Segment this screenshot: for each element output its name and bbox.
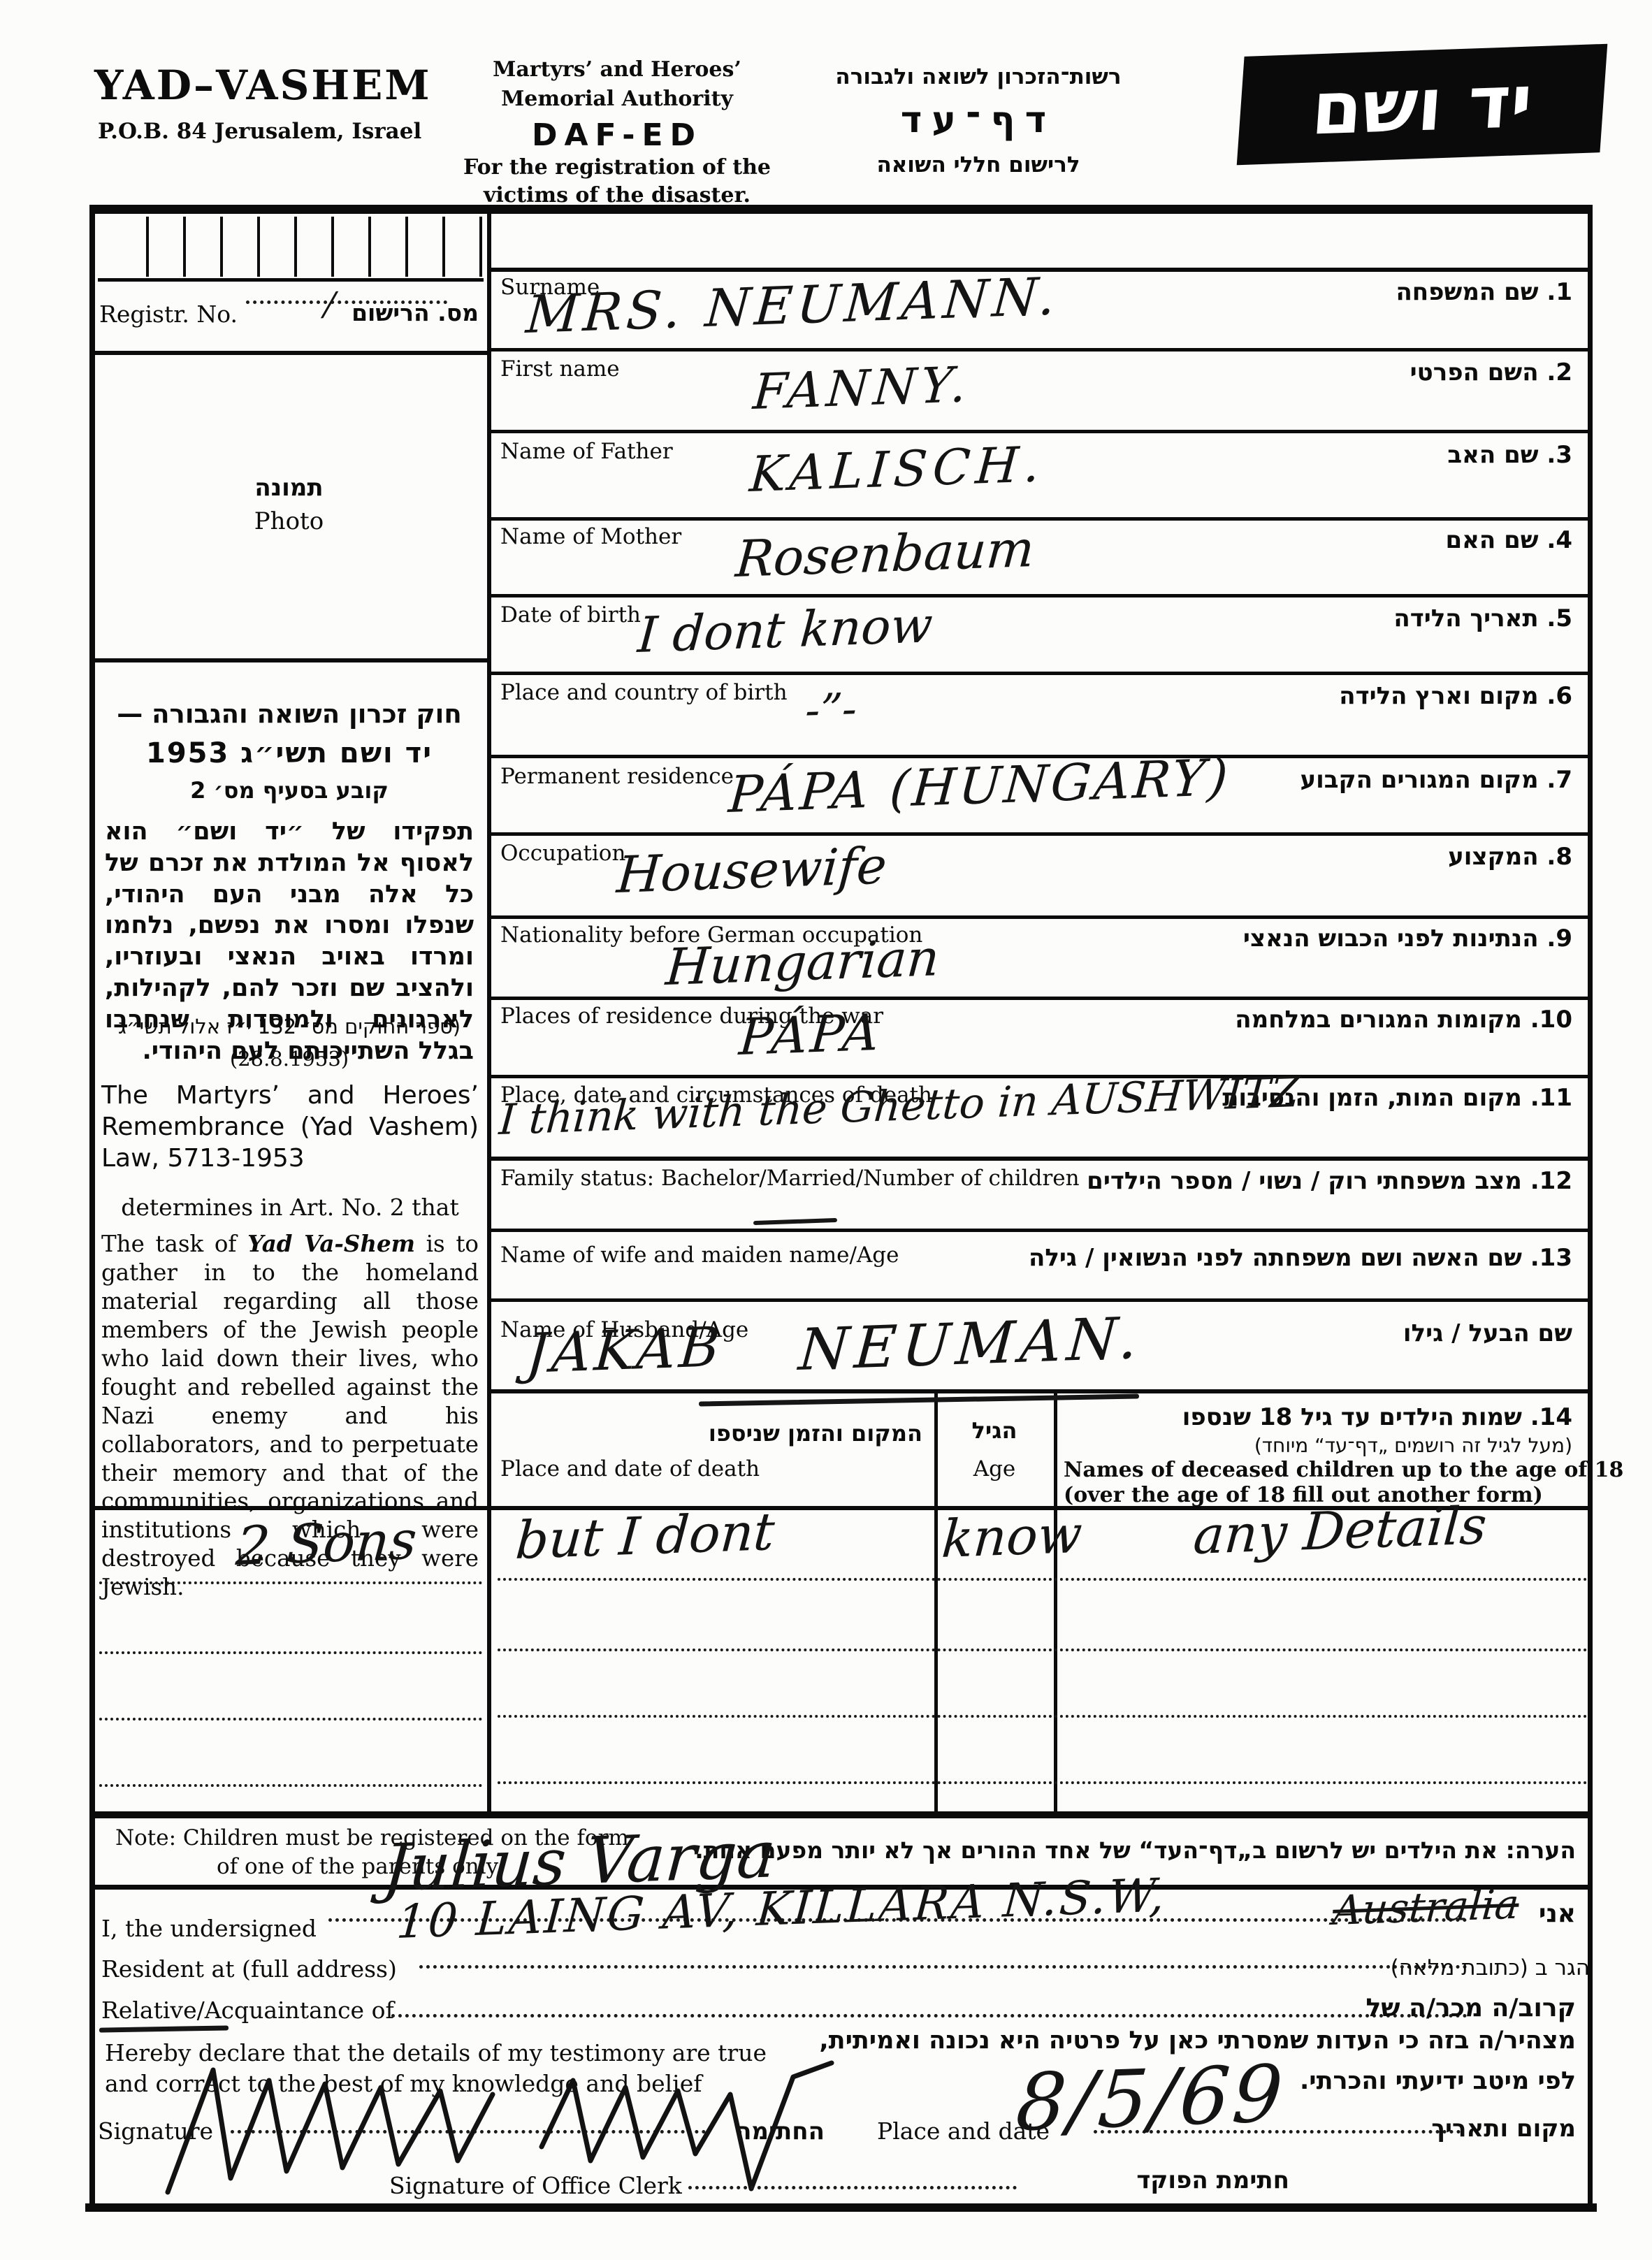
divider-r5 [491,672,1593,675]
children-row-line-3 [498,1715,1588,1718]
divider-r13 [491,1298,1593,1302]
purpose-he: לרישום חללי השואה [797,152,1160,178]
divider-sidebar [487,205,491,1813]
married-underline-mark [753,1218,837,1225]
registr-no-label-en: Registr. No. [99,300,238,328]
first-name-label-en: First name [500,356,620,382]
mother-name-label-en: Name of Mother [500,524,681,549]
surname-value: MRS. NEUMANN. [524,266,1062,345]
law-body-en-pre: The task of [101,1231,247,1257]
law-ref-he: (ספר החוקים מס׳ 132 י״ז אלול תשי״ג [105,1015,474,1038]
sidebar-row-line-1 [99,1581,482,1584]
divider-r12 [491,1229,1593,1232]
clerk-signature-label-he: חתימת הפוקד [1024,2166,1289,2194]
death-circumstances-value: I think with the Ghetto in AUSHWITZ [498,1068,1301,1145]
declare-line1-he: מצהיר/ה בזה כי העדות שמסרתי כאן על פרטיה… [846,2027,1576,2055]
law-title-he-3: קובע בסעיף מס׳ 2 [105,777,474,804]
birth-place-label-he: 6. מקום וארץ הלידה [769,682,1572,710]
birth-place-value: -”- [804,683,859,736]
divider-r8 [491,915,1593,919]
relative-underline-mark [99,2025,229,2032]
photo-label-he: תמונה [91,474,487,502]
divider-r2 [491,430,1593,433]
yad-vashem-logo: יד ושם [1237,44,1608,166]
law-body-en-italic: Yad Va-Shem [247,1230,415,1257]
law-title-he-2: יד ושם תשי״ג 1953 [105,737,474,769]
divider-bottom-border [85,2203,1597,2212]
nationality-value: Hungarian [664,928,941,997]
place-date-value: 8/5/69 [1013,2048,1288,2149]
resident-label-en: Resident at (full address) [101,1955,397,1983]
divider-r11 [491,1157,1593,1161]
children-age-col-en: Age [938,1456,1051,1482]
children-row-line-1 [498,1578,1588,1581]
divider-r9 [491,997,1593,1000]
divider-registr-bottom [89,351,491,355]
form-name-he: דף־עד [797,99,1160,141]
divider-r3 [491,517,1593,521]
divider-note-top [89,1811,1593,1818]
children-subtitle-he: (מעל לגיל זה רושמים „דף־עד“ מיוחד) [1069,1434,1572,1457]
sidebar-row-line-2 [99,1651,482,1654]
note-he: הערה: את הילדים יש לרשום ב„דף־העד“ של אח… [643,1837,1576,1864]
law-title-en: The Martyrs’ and Heroes’ Remembrance (Ya… [101,1080,479,1174]
place-date-label-he: מקום ותאריך [1468,2115,1576,2143]
children-age-col-he: הגיל [938,1417,1051,1444]
org-title-en: YAD–VASHEM [94,61,432,109]
children-row-line-4 [498,1781,1588,1784]
husband-name-value-last: NEUMAN. [797,1305,1145,1384]
divider-r1 [491,348,1593,352]
divider-husband-bottom [491,1389,1593,1393]
relative-label-en: Relative/Acquaintance of [101,1997,394,2024]
authority-line2: Memorial Authority [453,87,781,111]
yad-vashem-logo-text: יד ושם [1309,58,1535,151]
relative-line [391,2014,1468,2018]
clerk-signature-line [688,2186,1017,2189]
divider-r4 [491,594,1593,597]
divider-left-border [89,205,95,2212]
father-name-value: KALISCH. [748,435,1047,503]
law-determines-en: determines in Art. No. 2 that [101,1194,479,1221]
occupation-label-en: Occupation [500,841,625,866]
residence-label-en: Permanent residence [500,764,734,789]
mother-name-value: Rosenbaum [734,519,1036,588]
children-place-col-he: המקום והזמן שניספו [503,1420,922,1447]
sidebar-row-line-3 [99,1718,482,1721]
children-value-col2: know [940,1505,1084,1570]
birth-place-label-en: Place and country of birth [500,680,788,705]
photo-label-en: Photo [91,507,487,535]
divider-right-border [1588,205,1593,2212]
war-residence-value: PÁPA [737,1003,883,1066]
sidebar-row-line-4 [99,1784,482,1787]
children-title-en: Names of deceased children up to the age… [1064,1458,1623,1482]
first-name-value: FANNY. [751,356,973,421]
registration-number-grid [112,217,482,277]
divider-top-border [89,205,1593,214]
org-title-he: רשות־הזכרון לשואה ולגבורה [797,64,1160,89]
divider-r7 [491,832,1593,836]
purpose-line2: victims of the disaster. [453,183,781,208]
children-value-col3: any Details [1191,1495,1488,1566]
wife-name-label-he: 13. שם האשה ושם משפחתה לפני הנשואין / גי… [769,1244,1572,1272]
divider-age-col-right [1054,1393,1057,1811]
purpose-line1: For the registration of the [453,155,781,180]
relative-label-he: קרוב/ה מכר/ה של [1321,1994,1576,2022]
birth-date-value: I dont know [636,596,934,664]
form-name-en: DAF-ED [453,117,781,153]
daf-ed-testimony-page: YAD–VASHEM P.O.B. 84 Jerusalem, Israel M… [0,0,1652,2260]
children-row-line-2 [498,1649,1588,1651]
authority-line1: Martyrs’ and Heroes’ [453,57,781,82]
clerk-signature-label-en: Signature of Office Clerk [389,2172,682,2199]
divider-registr-top [98,278,484,282]
war-residence-label-he: 10. מקומות המגורים במלחמה [769,1006,1572,1034]
resident-line [419,1965,1468,1969]
birth-date-label-en: Date of birth [500,602,641,628]
org-address: P.O.B. 84 Jerusalem, Israel [98,119,421,144]
residence-value: PÁPA (HUNGARY) [727,748,1233,824]
law-title-he-1: חוק זכרון השואה והגבורה — [105,699,474,729]
children-value-col0: 2 Sons [234,1509,419,1577]
children-title-he: 14. שמות הילדים עד גיל 18 שנספו [1069,1403,1572,1431]
resident-label-he: הגר ב (כתובת מלאה) [1352,1955,1590,1980]
family-status-label-he: 12. מצב משפחתי רוק / נשוי / מספר הילדים [769,1167,1572,1195]
children-place-col-en: Place and date of death [500,1456,760,1482]
divider-photo-bottom [89,658,491,662]
occupation-value: Housewife [615,836,889,904]
resident-value-country: Australia [1331,1880,1521,1934]
registr-no-label-he: מס. הרישום [328,299,479,326]
occupation-label-he: 8. המקצוע [769,843,1572,871]
husband-name-value-first: JAKAB [524,1316,725,1386]
undersigned-label-en: I, the undersigned [101,1915,317,1942]
law-ref-date: (28.8.1953) [105,1047,474,1071]
father-name-label-en: Name of Father [500,439,673,464]
children-value-col1: but I dont [514,1502,776,1571]
